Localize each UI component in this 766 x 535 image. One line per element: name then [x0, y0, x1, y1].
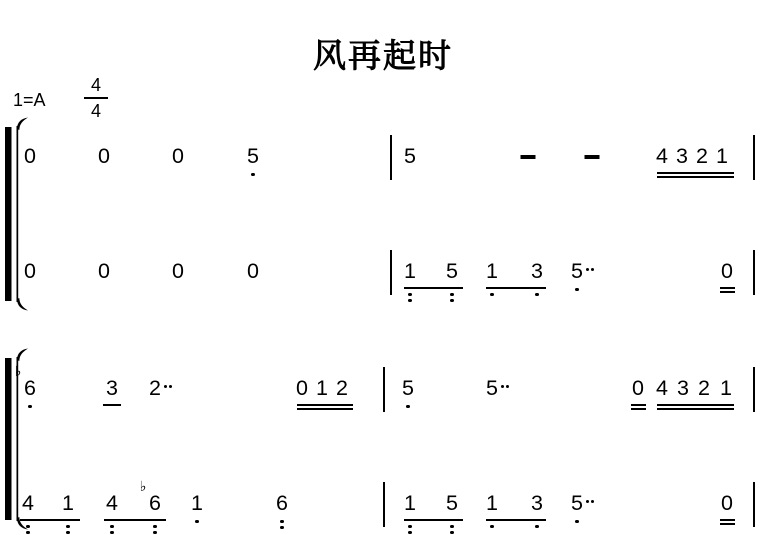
octave-dot — [450, 293, 453, 296]
note-digit: 0 — [247, 261, 259, 283]
barline — [753, 135, 755, 180]
augmentation-dot — [164, 385, 167, 388]
beam-line — [486, 287, 546, 289]
duration-underline — [103, 404, 121, 406]
octave-dot — [280, 520, 283, 523]
note-digit: 4 — [656, 378, 668, 400]
octave-dot — [406, 405, 409, 408]
octave-dot — [153, 531, 156, 534]
augmentation-dot — [591, 268, 594, 271]
note-digit: 3 — [531, 261, 543, 283]
beam-line — [657, 404, 734, 406]
note-digit: 0 — [24, 146, 36, 168]
note-digit: 1 — [62, 493, 74, 515]
note-digit: 1 — [404, 493, 416, 515]
duration-underline — [631, 408, 646, 410]
note-digit: 6 — [24, 378, 36, 400]
note-digit: 1 — [716, 146, 728, 168]
time-signature-divider — [84, 97, 108, 99]
duration-underline — [720, 287, 735, 289]
dash-rest — [521, 155, 536, 159]
note-digit: 6 — [276, 493, 288, 515]
note-digit: 3 — [106, 378, 118, 400]
barline — [390, 250, 392, 295]
note-digit: 1 — [191, 493, 203, 515]
flat-icon: ♭ — [140, 479, 147, 493]
note-digit: 0 — [98, 261, 110, 283]
note-digit: 1 — [486, 261, 498, 283]
duration-underline — [720, 291, 735, 293]
octave-dot — [26, 531, 29, 534]
note-digit: 0 — [98, 146, 110, 168]
beam-line — [297, 404, 353, 406]
beam-line — [657, 408, 734, 410]
note-digit: 2 — [336, 378, 348, 400]
barline — [383, 482, 385, 527]
octave-dot — [450, 525, 453, 528]
note-digit: 5 — [571, 493, 583, 515]
note-digit: 0 — [296, 378, 308, 400]
note-digit: 4 — [106, 493, 118, 515]
note-digit: 5 — [446, 493, 458, 515]
note-digit: 5 — [446, 261, 458, 283]
octave-dot — [408, 525, 411, 528]
augmentation-dot — [591, 500, 594, 503]
time-signature-denominator: 4 — [84, 102, 108, 120]
augmentation-dot — [501, 385, 504, 388]
dash-rest — [585, 155, 600, 159]
octave-dot — [66, 525, 69, 528]
duration-underline — [631, 404, 646, 406]
time-signature-numerator: 4 — [84, 76, 108, 97]
note-digit: 0 — [24, 261, 36, 283]
note-digit: 4 — [656, 146, 668, 168]
barline — [383, 367, 385, 412]
beam-line — [104, 519, 166, 521]
note-digit: 0 — [721, 261, 733, 283]
note-digit: 3 — [531, 493, 543, 515]
note-digit: 5 — [486, 378, 498, 400]
note-digit: 3 — [677, 378, 689, 400]
beam-line — [657, 176, 734, 178]
beam-line — [404, 519, 463, 521]
time-signature: 4 4 — [84, 76, 108, 120]
octave-dot — [110, 525, 113, 528]
octave-dot — [66, 531, 69, 534]
note-digit: 2 — [696, 146, 708, 168]
beam-line — [404, 287, 463, 289]
octave-dot — [280, 526, 283, 529]
beam-line — [20, 519, 80, 521]
barline — [753, 367, 755, 412]
note-digit: 2 — [698, 378, 710, 400]
octave-dot — [408, 293, 411, 296]
octave-dot — [408, 531, 411, 534]
note-digit: 0 — [632, 378, 644, 400]
note-digit: 0 — [172, 146, 184, 168]
beam-line — [657, 172, 734, 174]
augmentation-dot — [586, 268, 589, 271]
key-signature: 1=A — [13, 90, 46, 111]
octave-dot — [575, 520, 578, 523]
octave-dot — [408, 299, 411, 302]
note-digit: 5 — [571, 261, 583, 283]
barline — [753, 482, 755, 527]
octave-dot — [535, 525, 538, 528]
octave-dot — [450, 299, 453, 302]
duration-underline — [720, 523, 735, 525]
octave-dot — [110, 531, 113, 534]
note-digit: 0 — [721, 493, 733, 515]
augmentation-dot — [506, 385, 509, 388]
barline — [390, 135, 392, 180]
octave-dot — [195, 520, 198, 523]
beam-line — [486, 519, 546, 521]
note-digit: 2 — [149, 378, 161, 400]
octave-dot — [490, 525, 493, 528]
note-digit: 1 — [404, 261, 416, 283]
note-digit: 4 — [22, 493, 34, 515]
octave-dot — [28, 405, 31, 408]
note-digit: 1 — [486, 493, 498, 515]
beam-line — [297, 408, 353, 410]
note-digit: 5 — [404, 146, 416, 168]
octave-dot — [153, 525, 156, 528]
note-digit: 5 — [247, 146, 259, 168]
octave-dot — [26, 525, 29, 528]
note-digit: 6 — [149, 493, 161, 515]
flat-icon: ♭ — [15, 364, 22, 378]
octave-dot — [251, 173, 254, 176]
note-digit: 3 — [676, 146, 688, 168]
octave-dot — [450, 531, 453, 534]
score-title: 风再起时 — [0, 30, 766, 77]
augmentation-dot — [586, 500, 589, 503]
octave-dot — [490, 293, 493, 296]
note-digit: 0 — [172, 261, 184, 283]
note-digit: 1 — [316, 378, 328, 400]
score-sheet: 风再起时 1=A 4 4 00055432100001513506♭320125… — [0, 0, 766, 535]
note-digit: 1 — [720, 378, 732, 400]
octave-dot — [575, 288, 578, 291]
note-digit: 5 — [402, 378, 414, 400]
duration-underline — [720, 519, 735, 521]
octave-dot — [535, 293, 538, 296]
augmentation-dot — [169, 385, 172, 388]
barline — [753, 250, 755, 295]
